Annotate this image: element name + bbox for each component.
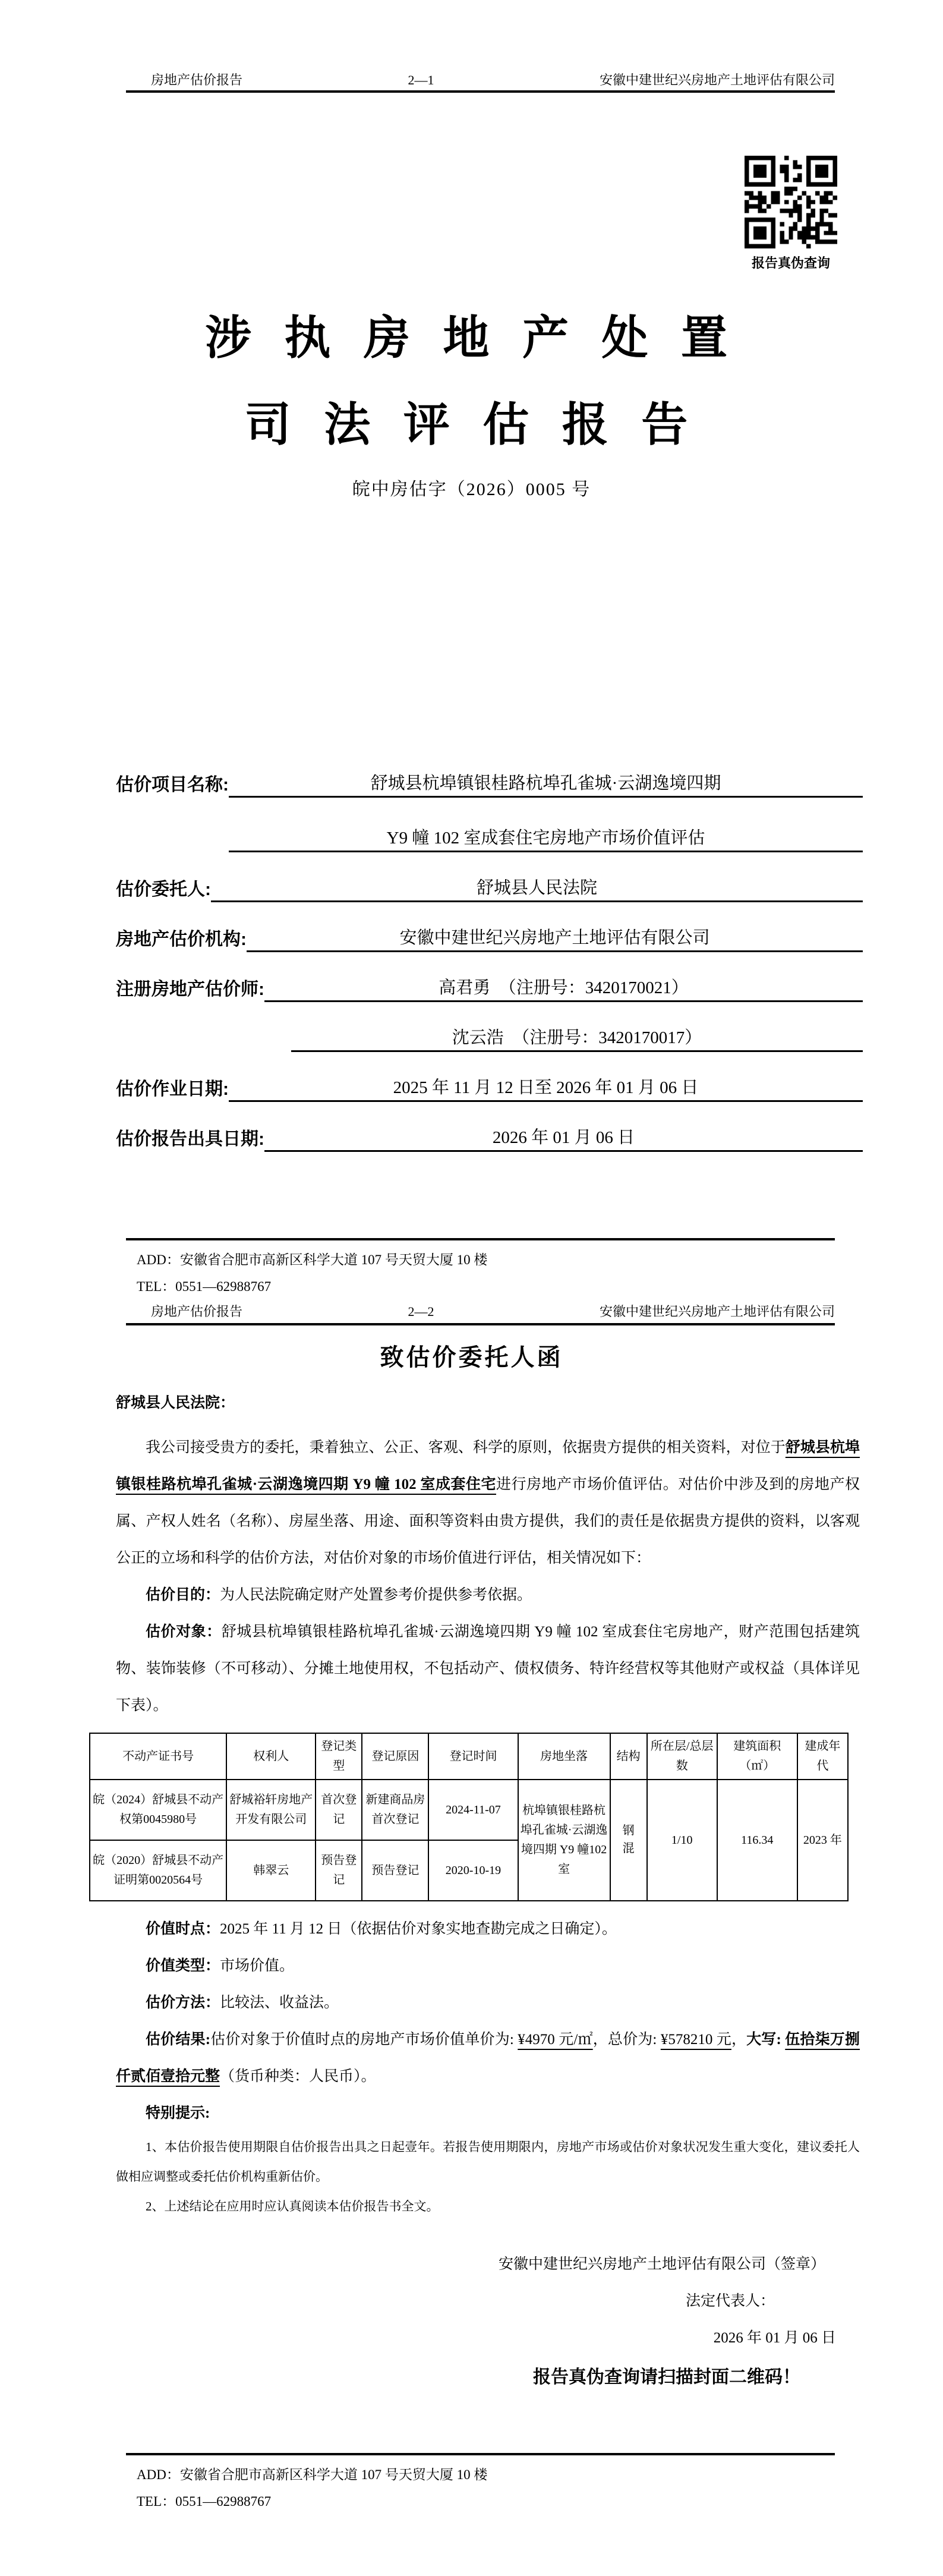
report-cover-page: 房地产估价报告 2—1 安徽中建世纪兴房地产土地评估有限公司 报告真伪查询 涉 … xyxy=(0,0,943,1296)
header-rule xyxy=(126,1323,835,1325)
notice-item-1: 1、本估价报告使用期限自估价报告出具之日起壹年。若报告使用期限内，房地产市场或估… xyxy=(116,2132,860,2191)
subject-text: 舒城县杭埠镇银桂路杭埠孔雀城·云湖逸境四期 Y9 幢 102 室成套住宅房地产，… xyxy=(116,1624,860,1714)
col-header-year: 建成年代 xyxy=(797,1733,848,1780)
letter-title: 致估价委托人函 xyxy=(0,1339,943,1372)
footer-phone: TEL：0551—62988767 xyxy=(126,2488,835,2515)
field-label-agency: 房地产估价机构: xyxy=(116,924,247,952)
purpose-label: 估价目的： xyxy=(146,1587,220,1603)
result-post: （货币种类：人民币）。 xyxy=(220,2068,376,2084)
field-row-agency: 房地产估价机构: 安徽中建世纪兴房地产土地评估有限公司 xyxy=(116,902,863,952)
qr-caption: 报告真伪查询 xyxy=(745,253,837,272)
col-header-reg-type: 登记类型 xyxy=(316,1733,362,1780)
footer-address: ADD：安徽省合肥市高新区科学大道 107 号天贸大厦 10 楼 xyxy=(126,2461,835,2488)
legal-representative-label: 法定代表人： xyxy=(116,2283,860,2320)
letter-salutation: 舒城县人民法院： xyxy=(116,1391,235,1412)
page-number: 2—2 xyxy=(408,1303,434,1321)
property-registry-table: 不动产证书号 权利人 登记类型 登记原因 登记时间 房地坐落 结构 所在层/总层… xyxy=(89,1733,849,1901)
cell-owner-2: 韩翠云 xyxy=(226,1840,316,1901)
letter-paragraph-intro: 我公司接受贵方的委托，秉着独立、公正、客观、科学的原则，依据贵方提供的相关资料，… xyxy=(116,1429,860,1577)
field-row-project-name-cont: Y9 幢 102 室成套住宅房地产市场价值评估 xyxy=(116,798,863,852)
qr-scan-notice: 报告真伪查询请扫描封面二维码！ xyxy=(116,2359,860,2396)
signature-date: 2026 年 01 月 06 日 xyxy=(116,2320,860,2357)
cell-reg-date-2: 2020-10-19 xyxy=(428,1840,518,1901)
report-title-line-1: 涉 执 房 地 产 处 置 xyxy=(0,295,943,382)
cell-reg-reason-2: 预告登记 xyxy=(362,1840,428,1901)
company-name: 安徽中建世纪兴房地产土地评估有限公司 xyxy=(600,71,835,89)
cell-cert-no-2: 皖（2020）舒城县不动产证明第0020564号 xyxy=(90,1840,226,1901)
field-row-client: 估价委托人: 舒城县人民法院 xyxy=(116,852,863,902)
result-label: 估价结果: xyxy=(146,2032,210,2048)
unit-price-value: ¥4970 元/㎡ xyxy=(518,2032,592,2048)
field-row-appraiser-1: 注册房地产估价师: 高君勇 （注册号：3420170021） xyxy=(116,952,863,1002)
signature-company: 安徽中建世纪兴房地产土地评估有限公司（签章） xyxy=(116,2246,860,2283)
table-row: 皖（2024）舒城县不动产权第0045980号 舒城裕轩房地产开发有限公司 首次… xyxy=(90,1780,848,1840)
cell-owner-1: 舒城裕轩房地产开发有限公司 xyxy=(226,1780,316,1840)
footer-rule xyxy=(126,1238,835,1240)
report-type-label: 房地产估价报告 xyxy=(126,1303,242,1321)
footer-phone: TEL：0551—62988767 xyxy=(126,1273,835,1296)
intro-text: 我公司接受贵方的委托，秉着独立、公正、客观、科学的原则，依据贵方提供的相关资料，… xyxy=(146,1440,786,1456)
page-footer: ADD：安徽省合肥市高新区科学大道 107 号天贸大厦 10 楼 TEL：055… xyxy=(126,1238,835,1296)
footer-address: ADD：安徽省合肥市高新区科学大道 107 号天贸大厦 10 楼 xyxy=(126,1246,835,1273)
field-value-issue-date: 2026 年 01 月 06 日 xyxy=(264,1124,863,1152)
value-type-label: 价值类型： xyxy=(146,1958,220,1974)
report-main-title: 涉 执 房 地 产 处 置 司 法 评 估 报 告 xyxy=(0,295,943,468)
report-type-label: 房地产估价报告 xyxy=(126,71,242,89)
field-value-work-period: 2025 年 11 月 12 日至 2026 年 01 月 06 日 xyxy=(229,1074,863,1102)
special-notice-list: 1、本估价报告使用期限自估价报告出具之日起壹年。若报告使用期限内，房地产市场或估… xyxy=(116,2132,860,2221)
col-header-reg-date: 登记时间 xyxy=(428,1733,518,1780)
col-header-floor: 所在层/总层数 xyxy=(647,1733,717,1780)
header-rule xyxy=(126,90,835,93)
notice-label-text: 特别提示: xyxy=(146,2105,210,2121)
field-value-project-line2: Y9 幢 102 室成套住宅房地产市场价值评估 xyxy=(229,824,863,852)
field-value-appraiser-2: 沈云浩 （注册号：3420170017） xyxy=(291,1024,863,1052)
value-type-text: 市场价值。 xyxy=(220,1958,294,1974)
result-mid: ，总价为: xyxy=(593,2032,661,2048)
special-notice-label: 特别提示: xyxy=(116,2095,860,2132)
cell-floor: 1/10 xyxy=(647,1780,717,1901)
company-name: 安徽中建世纪兴房地产土地评估有限公司 xyxy=(600,1303,835,1321)
cell-reg-date-1: 2024-11-07 xyxy=(428,1780,518,1840)
cell-location: 杭埠镇银桂路杭埠孔雀城·云湖逸境四期 Y9 幢102 室 xyxy=(518,1780,610,1901)
field-row-issue-date: 估价报告出具日期: 2026 年 01 月 06 日 xyxy=(116,1102,863,1152)
field-value-appraiser-1: 高君勇 （注册号：3420170021） xyxy=(264,974,863,1002)
qr-verification-block: 报告真伪查询 xyxy=(745,156,837,272)
appraisal-subject: 估价对象：舒城县杭埠镇银桂路杭埠孔雀城·云湖逸境四期 Y9 幢 102 室成套住… xyxy=(116,1614,860,1724)
subject-label: 估价对象： xyxy=(146,1624,222,1640)
field-row-appraiser-2: 沈云浩 （注册号：3420170017） xyxy=(116,1002,863,1052)
field-label-appraiser: 注册房地产估价师: xyxy=(116,974,264,1002)
appraisal-purpose: 估价目的：为人民法院确定财产处置参考价提供参考依据。 xyxy=(116,1577,860,1614)
value-date-label: 价值时点： xyxy=(146,1921,220,1937)
document-number: 皖中房估字（2026）0005 号 xyxy=(0,474,943,500)
letter-body: 我公司接受贵方的委托，秉着独立、公正、客观、科学的原则，依据贵方提供的相关资料，… xyxy=(116,1429,860,2396)
col-header-owner: 权利人 xyxy=(226,1733,316,1780)
value-date-line: 价值时点：2025 年 11 月 12 日（依据估价对象实地查勘完成之日确定）。 xyxy=(116,1911,860,1948)
value-type-line: 价值类型：市场价值。 xyxy=(116,1948,860,1985)
table-header-row: 不动产证书号 权利人 登记类型 登记原因 登记时间 房地坐落 结构 所在层/总层… xyxy=(90,1733,848,1780)
page-footer: ADD：安徽省合肥市高新区科学大道 107 号天贸大厦 10 楼 TEL：055… xyxy=(126,2453,835,2515)
total-price-value: ¥578210 元 xyxy=(661,2032,731,2048)
field-label-issue-date: 估价报告出具日期: xyxy=(116,1124,264,1152)
field-label-work-period: 估价作业日期: xyxy=(116,1074,229,1102)
result-line: 估价结果:估价对象于价值时点的房地产市场价值单价为: ¥4970 元/㎡，总价为… xyxy=(116,2021,860,2095)
cell-reg-type-1: 首次登记 xyxy=(316,1780,362,1840)
field-value-project-line1: 舒城县杭埠镇银桂路杭埠孔雀城·云湖逸境四期 xyxy=(229,770,863,798)
col-header-area: 建筑面积（㎡） xyxy=(717,1733,797,1780)
structure-text: 钢混 xyxy=(622,1822,636,1857)
cell-year: 2023 年 xyxy=(797,1780,848,1901)
result-comma: ， xyxy=(731,2032,746,2048)
method-line: 估价方法：比较法、收益法。 xyxy=(116,1985,860,2021)
footer-rule xyxy=(126,2453,835,2455)
caps-label: 大写: xyxy=(746,2032,785,2048)
field-label-project: 估价项目名称: xyxy=(116,770,229,798)
cover-fields: 估价项目名称: 舒城县杭埠镇银桂路杭埠孔雀城·云湖逸境四期 Y9 幢 102 室… xyxy=(116,748,863,1152)
field-row-project-name: 估价项目名称: 舒城县杭埠镇银桂路杭埠孔雀城·云湖逸境四期 xyxy=(116,748,863,798)
cell-structure: 钢混 xyxy=(610,1780,647,1901)
col-header-reg-reason: 登记原因 xyxy=(362,1733,428,1780)
page-number: 2—1 xyxy=(408,71,434,89)
cell-reg-type-2: 预告登记 xyxy=(316,1840,362,1901)
page-header: 房地产估价报告 2—2 安徽中建世纪兴房地产土地评估有限公司 xyxy=(126,1303,835,1321)
value-date-text: 2025 年 11 月 12 日（依据估价对象实地查勘完成之日确定）。 xyxy=(220,1921,617,1937)
col-header-structure: 结构 xyxy=(610,1733,647,1780)
field-row-work-period: 估价作业日期: 2025 年 11 月 12 日至 2026 年 01 月 06… xyxy=(116,1052,863,1102)
cell-reg-reason-1: 新建商品房首次登记 xyxy=(362,1780,428,1840)
method-text: 比较法、收益法。 xyxy=(220,1995,339,2011)
field-value-client: 舒城县人民法院 xyxy=(211,874,863,902)
result-pre: 估价对象于价值时点的房地产市场价值单价为: xyxy=(210,2032,518,2048)
qr-code-icon xyxy=(745,156,837,248)
signature-block: 安徽中建世纪兴房地产土地评估有限公司（签章） 法定代表人： 2026 年 01 … xyxy=(116,2246,860,2396)
cell-area: 116.34 xyxy=(717,1780,797,1901)
letter-page: 房地产估价报告 2—2 安徽中建世纪兴房地产土地评估有限公司 致估价委托人函 舒… xyxy=(0,1296,943,2576)
method-label: 估价方法： xyxy=(146,1995,220,2011)
purpose-text: 为人民法院确定财产处置参考价提供参考依据。 xyxy=(220,1587,532,1603)
col-header-location: 房地坐落 xyxy=(518,1733,610,1780)
col-header-cert-no: 不动产证书号 xyxy=(90,1733,226,1780)
field-label-client: 估价委托人: xyxy=(116,874,211,902)
field-value-agency: 安徽中建世纪兴房地产土地评估有限公司 xyxy=(247,924,863,952)
page-header: 房地产估价报告 2—1 安徽中建世纪兴房地产土地评估有限公司 xyxy=(126,71,835,89)
cell-cert-no-1: 皖（2024）舒城县不动产权第0045980号 xyxy=(90,1780,226,1840)
report-title-line-2: 司 法 评 估 报 告 xyxy=(0,382,943,468)
notice-item-2: 2、上述结论在应用时应认真阅读本估价报告书全文。 xyxy=(116,2191,860,2221)
